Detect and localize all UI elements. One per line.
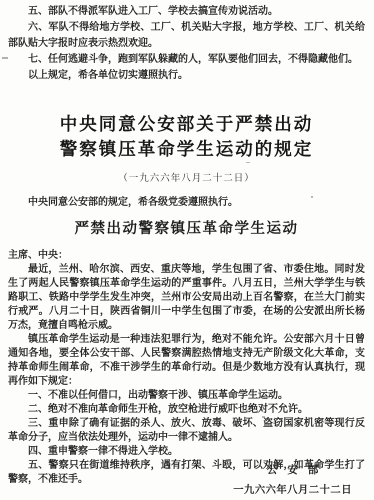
scan-speck [246, 162, 250, 163]
signature-block: 公安部 一九六六年八月二十二日 [233, 462, 352, 496]
body-paragraph-2: 镇压革命学生运动是一种违法犯罪行为，绝对不能允许。公安部六月十日曾通知各地，要全… [8, 333, 365, 389]
rule-item-1: 一、不准以任何借口，出动警察干涉、镇压革命学生运动。 [8, 389, 365, 403]
document-title-line-2: 警察镇压革命学生运动的规定 [8, 137, 365, 162]
body-paragraph-1: 最近，兰州、哈尔滨、西安、重庆等地，学生包围了省、市委住地。同时发生了两起人民警… [8, 263, 365, 333]
salutation-line: 主席、中央： [8, 249, 365, 263]
rule-item-4: 四、重申警察一律不得进入学校。 [8, 445, 365, 459]
scan-speck [311, 196, 313, 198]
document-title-line-1: 中央同意公安部关于严禁出动 [8, 112, 365, 137]
signature-date: 一九六六年八月二十二日 [233, 481, 352, 496]
document-title: 中央同意公安部关于严禁出动 警察镇压革命学生运动的规定 [8, 112, 365, 162]
scan-speck [262, 416, 265, 418]
scan-speck [2, 57, 8, 59]
signature-name: 公安部 [233, 462, 362, 477]
top-fragment: 五、部队不得派军队进入工厂、学校去搞宣传劝说活动。 六、军队不得给地方学校、工厂… [8, 4, 365, 84]
document-page: 五、部队不得派军队进入工厂、学校去搞宣传劝说活动。 六、军队不得给地方学校、工厂… [0, 0, 374, 500]
fragment-item-5: 五、部队不得派军队进入工厂、学校去搞宣传劝说活动。 [8, 4, 365, 20]
fragment-item-7: 七、任何逃避斗争，跑到军队躲藏的人，军队要他们回去，不得隐藏他们。 [8, 52, 365, 68]
section-heading: 严禁出动警察镇压革命学生运动 [8, 220, 365, 239]
rule-item-2: 二、绝对不准向革命师生开枪，放空枪进行威吓也绝对不允许。 [8, 403, 365, 417]
fragment-item-6: 六、军队不得给地方学校、工厂、机关贴大字报，地方学校、工厂、机关给部队贴大字报时… [8, 20, 365, 52]
rule-item-3: 三、重申除了确有证据的杀人、放火、放毒、破坏、盗窃国家机密等现行反革命分子，应当… [8, 417, 365, 445]
title-date-note: （一九六六年八月二十二日） [8, 170, 365, 184]
fragment-closing-line: 以上规定，希各单位切实遵照执行。 [8, 68, 365, 84]
